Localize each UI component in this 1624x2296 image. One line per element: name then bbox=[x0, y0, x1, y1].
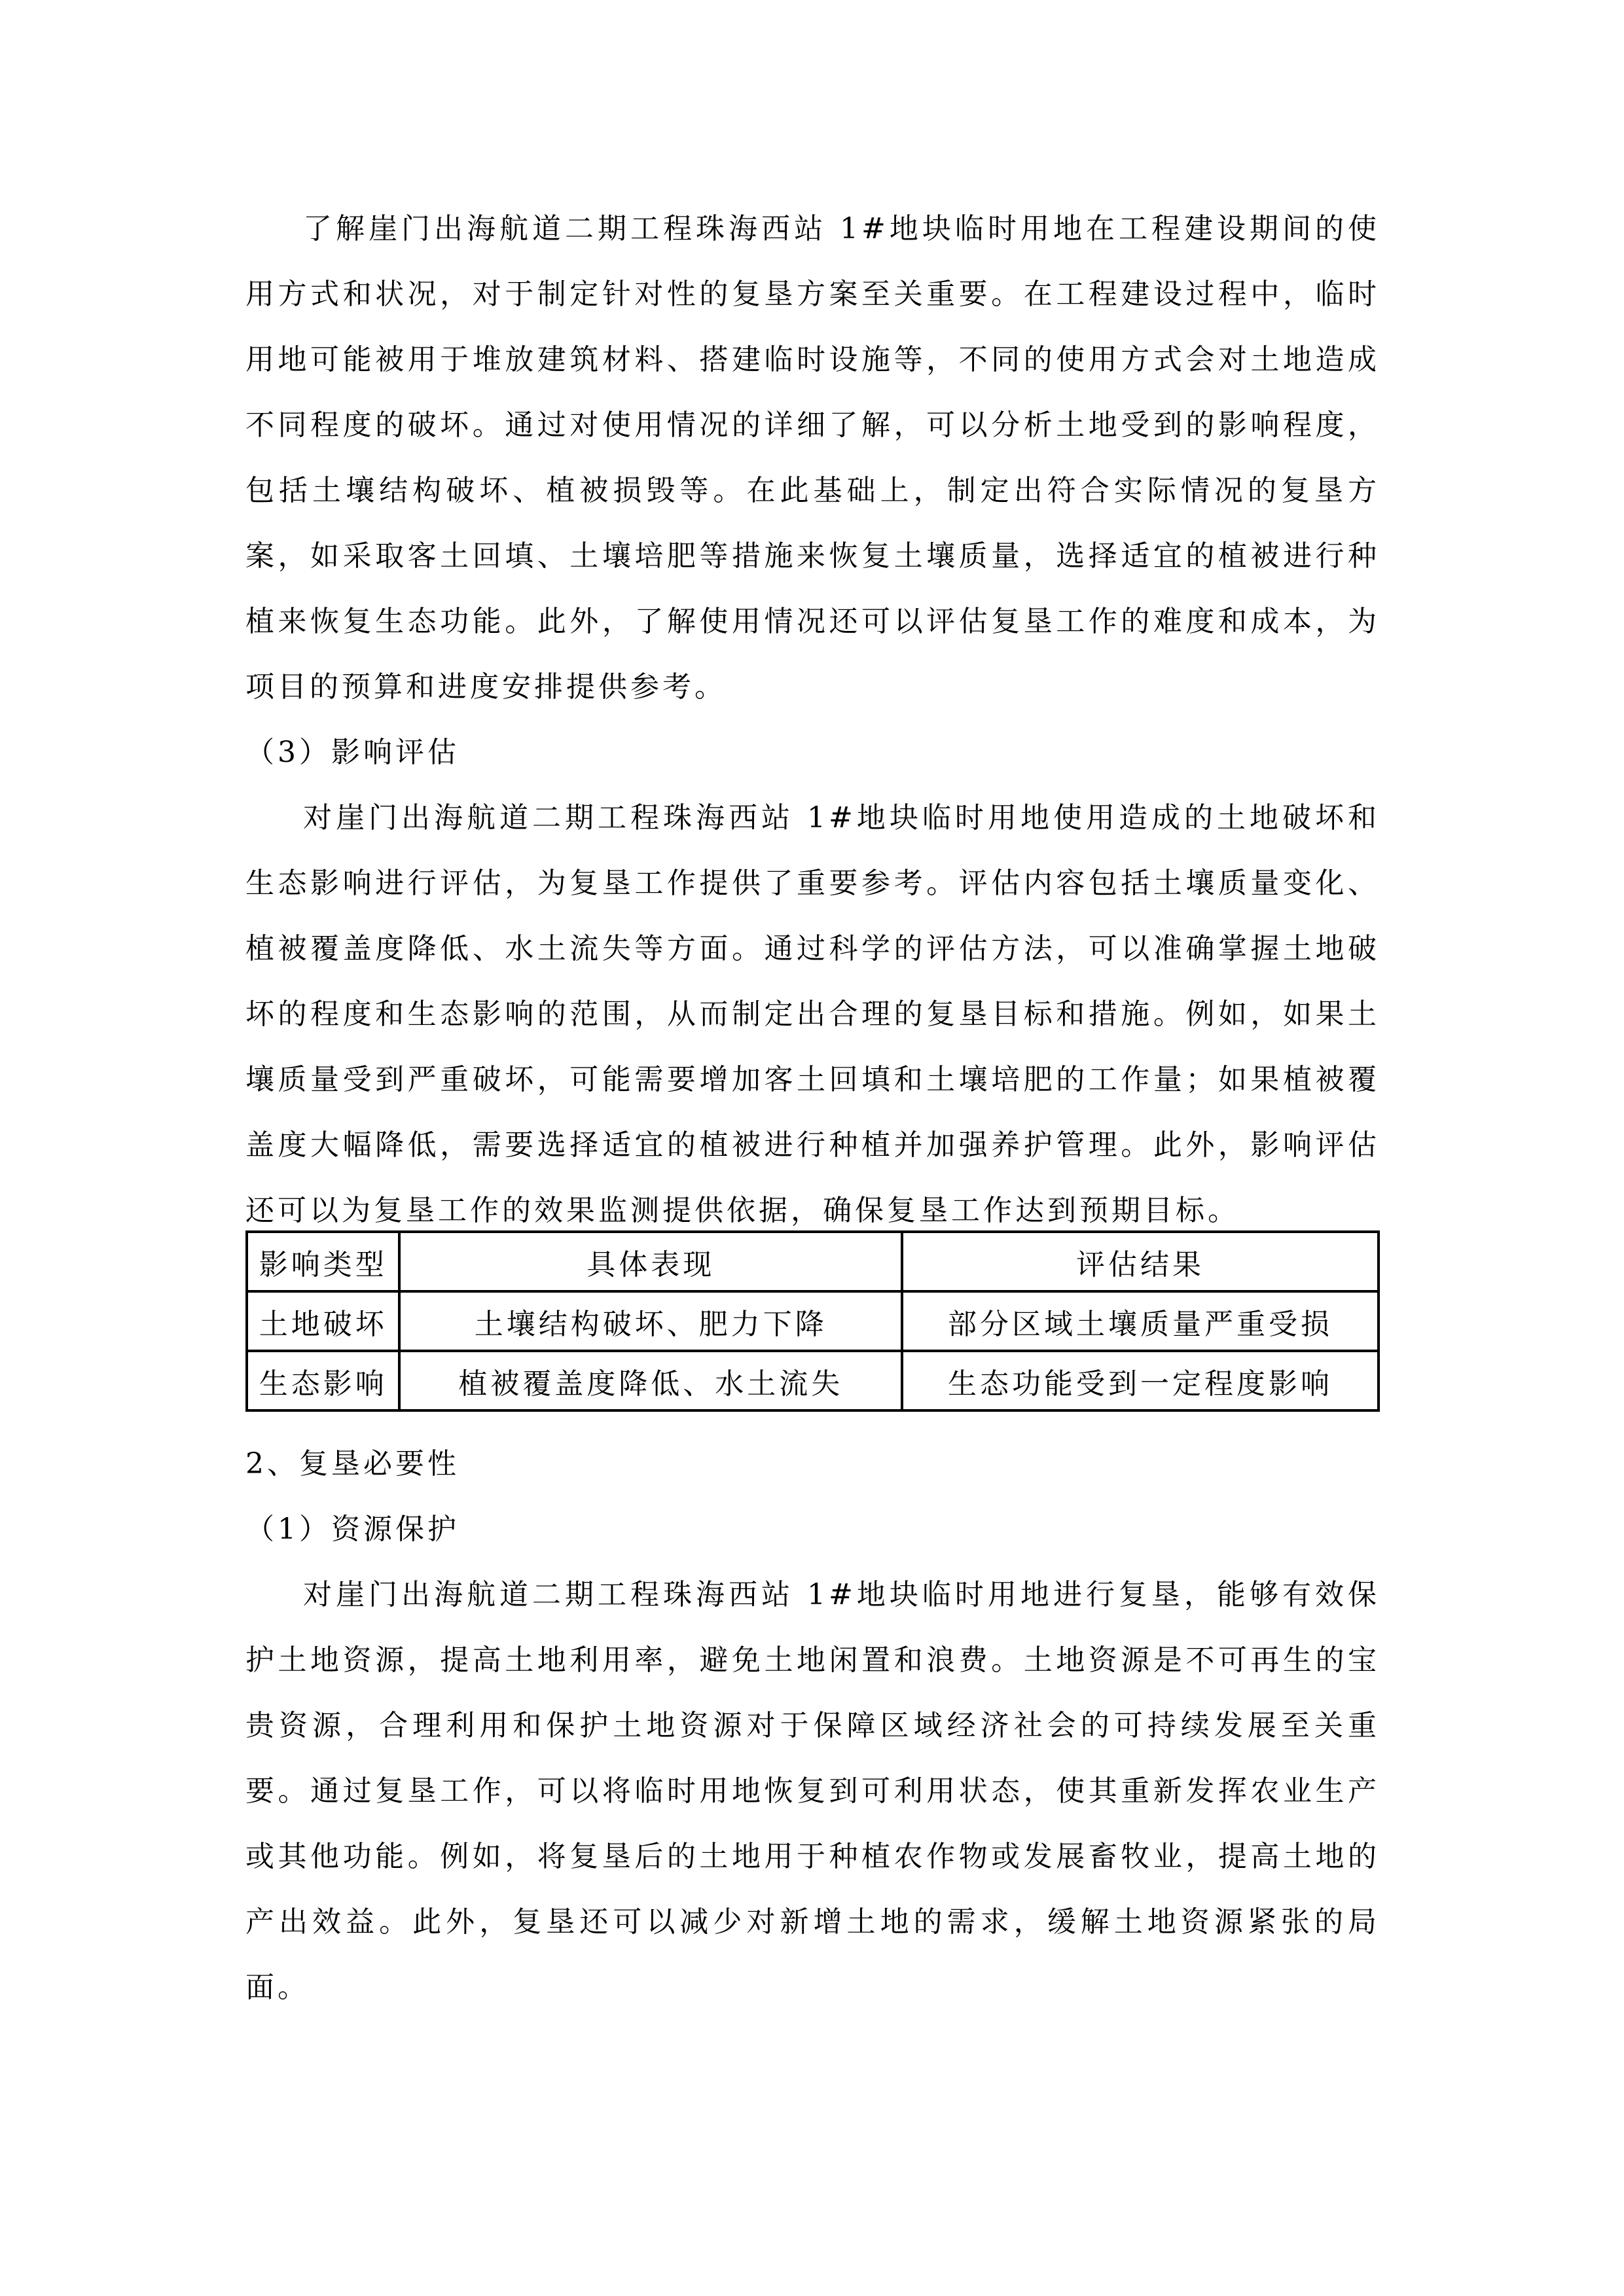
table-cell-manifestation: 土壤结构破坏、肥力下降 bbox=[399, 1291, 902, 1351]
table-header-impact-type: 影响类型 bbox=[247, 1232, 399, 1291]
table-cell-impact-type: 生态影响 bbox=[247, 1351, 399, 1410]
heading-reclamation-necessity: 2、复垦必要性 bbox=[245, 1431, 1380, 1497]
table-row-ecological-impact: 生态影响 植被覆盖度降低、水土流失 生态功能受到一定程度影响 bbox=[247, 1351, 1379, 1410]
table-cell-result: 生态功能受到一定程度影响 bbox=[902, 1351, 1379, 1410]
table-cell-manifestation: 植被覆盖度降低、水土流失 bbox=[399, 1351, 902, 1410]
table-row-land-damage: 土地破坏 土壤结构破坏、肥力下降 部分区域土壤质量严重受损 bbox=[247, 1291, 1379, 1351]
heading-impact-assessment: （3）影响评估 bbox=[245, 720, 1380, 785]
impact-assessment-table: 影响类型 具体表现 评估结果 土地破坏 土壤结构破坏、肥力下降 部分区域土壤质量… bbox=[245, 1230, 1380, 1412]
paragraph-resource-protection: 对崖门出海航道二期工程珠海西站 1#地块临时用地进行复垦，能够有效保护土地资源，… bbox=[245, 1562, 1380, 2020]
paragraph-impact-assessment: 对崖门出海航道二期工程珠海西站 1#地块临时用地使用造成的土地破坏和生态影响进行… bbox=[245, 785, 1380, 1244]
table-cell-impact-type: 土地破坏 bbox=[247, 1291, 399, 1351]
paragraph-land-use-understanding: 了解崖门出海航道二期工程珠海西站 1#地块临时用地在工程建设期间的使用方式和状况… bbox=[245, 196, 1380, 720]
document-page: 了解崖门出海航道二期工程珠海西站 1#地块临时用地在工程建设期间的使用方式和状况… bbox=[0, 0, 1624, 2296]
heading-resource-protection: （1）资源保护 bbox=[245, 1497, 1380, 1562]
table-cell-result: 部分区域土壤质量严重受损 bbox=[902, 1291, 1379, 1351]
